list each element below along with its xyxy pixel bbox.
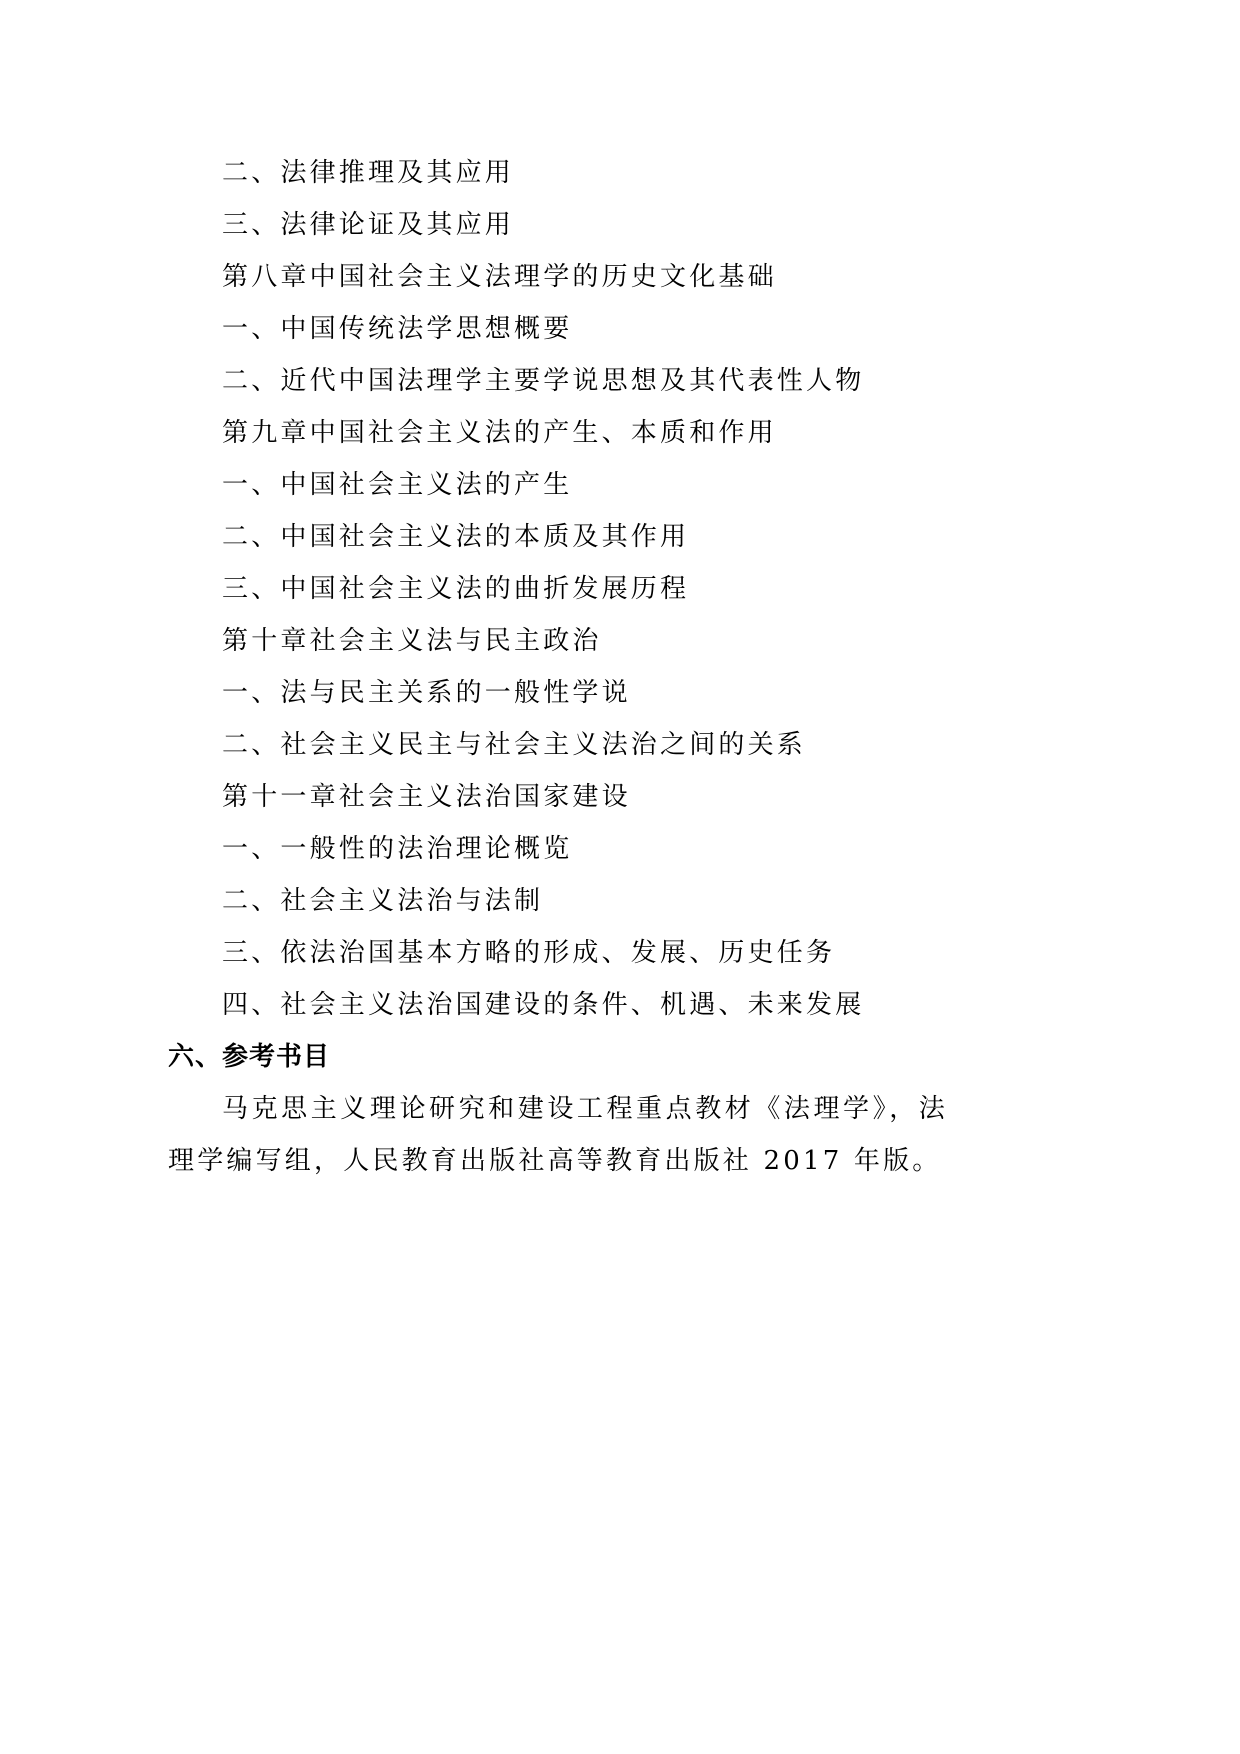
outline-item: 四、社会主义法治国建设的条件、机遇、未来发展 (168, 979, 948, 1031)
outline-item: 三、法律论证及其应用 (168, 199, 948, 251)
chapter-title: 第八章中国社会主义法理学的历史文化基础 (168, 251, 948, 303)
outline-item: 二、法律推理及其应用 (168, 147, 948, 199)
syllabus-outline: 二、法律推理及其应用 三、法律论证及其应用 第八章中国社会主义法理学的历史文化基… (168, 147, 948, 1031)
document-body: 二、法律推理及其应用 三、法律论证及其应用 第八章中国社会主义法理学的历史文化基… (168, 147, 948, 1187)
outline-item: 一、法与民主关系的一般性学说 (168, 667, 948, 719)
chapter-title: 第十章社会主义法与民主政治 (168, 615, 948, 667)
outline-item: 三、依法治国基本方略的形成、发展、历史任务 (168, 927, 948, 979)
document-page: 二、法律推理及其应用 三、法律论证及其应用 第八章中国社会主义法理学的历史文化基… (0, 0, 1240, 1754)
outline-item: 三、中国社会主义法的曲折发展历程 (168, 563, 948, 615)
outline-item: 一、中国传统法学思想概要 (168, 303, 948, 355)
outline-item: 二、社会主义法治与法制 (168, 875, 948, 927)
outline-item: 二、中国社会主义法的本质及其作用 (168, 511, 948, 563)
references-section: 六、参考书目 马克思主义理论研究和建设工程重点教材《法理学》，法理学编写组，人民… (168, 1031, 948, 1187)
reference-entry: 马克思主义理论研究和建设工程重点教材《法理学》，法理学编写组，人民教育出版社高等… (168, 1083, 948, 1187)
chapter-title: 第十一章社会主义法治国家建设 (168, 771, 948, 823)
chapter-title: 第九章中国社会主义法的产生、本质和作用 (168, 407, 948, 459)
section-heading: 六、参考书目 (168, 1031, 948, 1083)
outline-item: 一、中国社会主义法的产生 (168, 459, 948, 511)
outline-item: 一、一般性的法治理论概览 (168, 823, 948, 875)
outline-item: 二、社会主义民主与社会主义法治之间的关系 (168, 719, 948, 771)
outline-item: 二、近代中国法理学主要学说思想及其代表性人物 (168, 355, 948, 407)
